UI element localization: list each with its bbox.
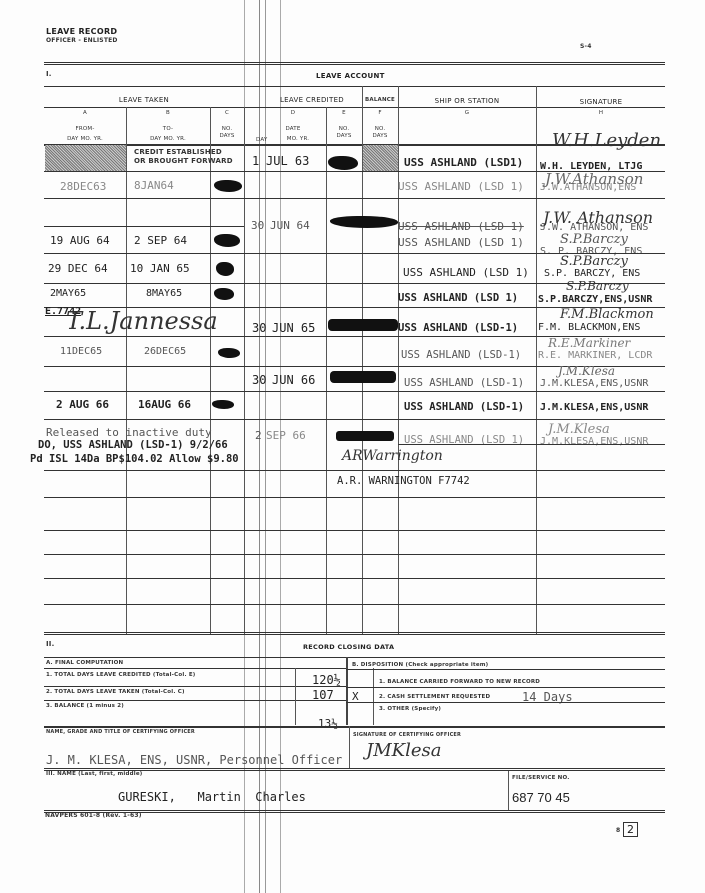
ship-name: USS ASHLAND (LSD-1) <box>398 322 518 334</box>
certifying-officer-value: J. M. KLESA, ENS, USNR, Personnel Office… <box>46 753 342 767</box>
redaction <box>328 156 358 170</box>
disposition-option-3: 3. OTHER (Specify) <box>379 706 441 712</box>
col-b-sub: DAY MO. YR. <box>126 136 210 142</box>
row-rule <box>44 391 665 392</box>
leave-to: 8MAY65 <box>146 288 182 299</box>
signature-typed: J.M.KLESA,ENS,USNR <box>540 402 648 413</box>
col-divider <box>536 86 537 634</box>
hatched-cell <box>45 145 126 171</box>
rule <box>44 700 346 701</box>
release-note-line2: DO, USS ASHLAND (LSD-1) 9/2/66 <box>38 439 228 451</box>
ship-name: USS ASHLAND (LSD 1) <box>398 292 518 304</box>
credit-date: JUN 64 <box>270 219 310 232</box>
col-d-sub-day: DAY <box>256 137 267 143</box>
col-e-label: NO. <box>326 126 362 132</box>
release-note: Released to inactive duty <box>46 426 212 439</box>
signature-typed: J.M.KLESA,ENS,USNR <box>540 378 648 389</box>
ship-name: USS ASHLAND (LSD-1) <box>401 349 521 361</box>
row-rule <box>44 419 665 420</box>
ship-name: USS ASHLAND (LSD 1) <box>398 220 524 233</box>
section-divider <box>44 632 665 635</box>
ship-name: USS ASHLAND (LSD 1) <box>398 236 524 249</box>
signature-typed: J.M.KLESA,ENS,USNR <box>540 436 648 447</box>
signature-script: F.M.Blackmon <box>560 307 654 322</box>
certifying-officer-label: NAME, GRADE AND TITLE OF CERTIFYING OFFI… <box>46 729 195 735</box>
rule <box>346 669 665 670</box>
leave-from: 19 AUG 64 <box>50 234 110 247</box>
margin-signature: T.L.Jannessa <box>66 307 218 335</box>
row-rule <box>44 530 665 531</box>
row-rule <box>44 470 665 471</box>
signature-script: J.M.Klesa <box>548 422 610 437</box>
col-d-label: DATE <box>260 126 326 132</box>
disposition-option-1: 1. BALANCE CARRIED FORWARD TO NEW RECORD <box>379 679 540 685</box>
balance-label: 3. BALANCE (1 minus 2) <box>46 703 124 709</box>
signature-script: S.P.Barczy <box>560 254 628 269</box>
row-rule <box>44 578 665 579</box>
rule <box>44 657 665 658</box>
group-ship: SHIP OR STATION <box>398 97 536 105</box>
col-a-sub: DAY MO. YR. <box>44 136 126 142</box>
name-label: III. NAME (Last, first, middle) <box>46 771 143 777</box>
group-leave-credited: LEAVE CREDITED <box>260 96 364 104</box>
hatched-cell <box>363 145 398 171</box>
ship-name: USS ASHLAND (LSD 1) <box>398 180 524 193</box>
rule <box>44 86 665 87</box>
ship-name: USS ASHLAND (LSD1) <box>404 156 523 169</box>
col-d-sub: MO. YR. <box>270 136 326 142</box>
col-divider <box>295 668 296 725</box>
col-c-letter: C <box>210 110 244 116</box>
col-c-label: NO. <box>210 126 244 132</box>
redaction <box>330 216 398 228</box>
leave-to: 10 JAN 65 <box>130 262 190 275</box>
signature-script: R.E.Markiner <box>548 336 630 350</box>
leave-to: 8JAN64 <box>134 179 174 192</box>
credit-date: SEP 66 <box>266 429 306 442</box>
col-c-label2: DAYS <box>210 133 244 139</box>
redaction <box>212 400 234 409</box>
leave-from: 28DEC63 <box>60 180 106 193</box>
leave-from: 2 AUG 66 <box>56 398 109 411</box>
ship-name: USS ASHLAND (LSD-1) <box>404 401 524 413</box>
leave-to: 2 SEP 64 <box>134 234 187 247</box>
member-name: GURESKI, Martin Charles <box>118 790 306 804</box>
signature-script: J.W.Athanson <box>545 170 643 188</box>
redaction <box>328 319 398 331</box>
col-a-label: FROM- <box>44 126 126 132</box>
credit-date: JUL 63 <box>266 154 309 168</box>
signature-typed: R.E. MARKINER, LCDR <box>538 350 652 361</box>
col-divider <box>508 771 509 811</box>
form-title: LEAVE RECORD <box>46 27 117 36</box>
col-b-label: TO- <box>126 126 210 132</box>
signature-typed: S.P. BARCZY, ENS <box>544 268 640 279</box>
row-rule <box>44 198 665 199</box>
credit-day: 30 <box>252 321 266 335</box>
signature-script: J.M.Klesa <box>558 364 615 378</box>
row-rule <box>44 226 244 227</box>
rule <box>44 668 346 669</box>
group-signature: SIGNATURE <box>536 98 666 106</box>
rule <box>44 107 665 108</box>
ship-name: USS ASHLAND (LSD 1) <box>403 266 529 279</box>
col-b-letter: B <box>126 110 210 116</box>
row-rule <box>44 497 665 498</box>
credit-established-label: CREDIT ESTABLISHED <box>134 148 222 156</box>
section1-number: I. <box>46 70 52 78</box>
leave-from: 29 DEC 64 <box>48 262 108 275</box>
signature-script: W.H.Leyden <box>552 130 661 151</box>
signature-typed: F.M. BLACKMON,ENS <box>538 322 640 333</box>
credit-day: 30 <box>252 373 266 387</box>
final-computation-label: A. FINAL COMPUTATION <box>46 660 123 666</box>
balance-value: 13½ <box>318 717 338 730</box>
redaction <box>214 288 234 300</box>
rule <box>44 686 346 687</box>
total-credited-label: 1. TOTAL DAYS LEAVE CREDITED (Total-Col.… <box>46 672 196 678</box>
col-h-letter: H <box>536 110 666 116</box>
leave-from: 2MAY65 <box>50 288 86 299</box>
release-note-line3: Pd ISL 14Da BP$104.02 Allow $9.80 <box>30 453 239 465</box>
col-e-letter: E <box>326 110 362 116</box>
rule <box>346 687 665 688</box>
col-divider <box>349 726 350 768</box>
group-leave-taken: LEAVE TAKEN <box>44 96 244 104</box>
certifying-signature: JMKlesa <box>366 740 441 761</box>
credit-established-label: OR BROUGHT FORWARD <box>134 157 233 165</box>
warrington-name: A.R. WARNINGTON F7742 <box>337 475 470 487</box>
redaction <box>218 348 240 358</box>
credit-day: 1 <box>252 154 259 168</box>
row-rule <box>44 604 665 605</box>
col-divider <box>346 657 348 725</box>
file-service-number: 687 70 45 <box>512 790 570 805</box>
signature-script: S.P.Barczy <box>560 232 628 247</box>
section-divider <box>44 62 665 65</box>
form-subtitle: OFFICER - ENLISTED <box>46 37 118 44</box>
signature-script: J.W. Athanson <box>543 208 653 227</box>
ship-name: USS ASHLAND (LSD-1) <box>404 377 524 389</box>
section2-number: II. <box>46 640 54 648</box>
section2-title: RECORD CLOSING DATA <box>303 643 394 651</box>
credit-date: JUN 66 <box>272 373 315 387</box>
credit-day: 2 <box>255 429 262 442</box>
col-f-label: NO. <box>362 126 398 132</box>
signature-typed: S.P.BARCZY,ENS,USNR <box>538 294 652 305</box>
disposition-label: B. DISPOSITION (Check appropriate item) <box>352 662 488 668</box>
form-number: NAVPERS 601-8 (Rev. 1-63) <box>45 812 142 819</box>
leave-to: 16AUG 66 <box>138 398 191 411</box>
col-e-label2: DAYS <box>326 133 362 139</box>
redaction <box>214 234 240 247</box>
redaction <box>336 431 394 441</box>
file-service-label: FILE/SERVICE NO. <box>512 775 570 781</box>
col-f-letter: F <box>362 110 398 116</box>
redaction <box>216 262 234 276</box>
col-f-label2: DAYS <box>362 133 398 139</box>
group-balance: BALANCE <box>362 97 398 103</box>
warrington-signature: ARWarrington <box>342 448 443 464</box>
form-corner-code: S-4 <box>580 43 592 50</box>
row-rule <box>44 554 665 555</box>
col-g-letter: G <box>398 110 536 116</box>
leave-from: 11DEC65 <box>60 346 102 357</box>
col-a-letter: A <box>44 110 126 116</box>
section1-title: LEAVE ACCOUNT <box>316 72 385 80</box>
page-number-box: 2 <box>623 822 638 837</box>
credit-date: JUN 65 <box>272 321 315 335</box>
certifying-signature-label: SIGNATURE OF CERTIFYING OFFICER <box>353 732 461 738</box>
col-d-letter: D <box>260 110 326 116</box>
total-credited-value: 120½ <box>312 673 341 687</box>
redaction <box>214 180 242 192</box>
row-rule <box>398 444 665 445</box>
rule <box>346 702 665 703</box>
leave-to: 26DEC65 <box>144 346 186 357</box>
page-mark: 8 <box>616 827 620 834</box>
col-divider <box>398 86 399 634</box>
total-taken-label: 2. TOTAL DAYS LEAVE TAKEN (Total-Col. C) <box>46 689 185 695</box>
redaction <box>330 371 396 383</box>
rule <box>44 726 665 728</box>
credit-day: 30 <box>251 219 264 232</box>
disposition-option-2: 2. CASH SETTLEMENT REQUESTED <box>379 694 490 700</box>
signature-script: S.P.Barczy <box>566 279 629 293</box>
col-divider <box>373 668 374 725</box>
